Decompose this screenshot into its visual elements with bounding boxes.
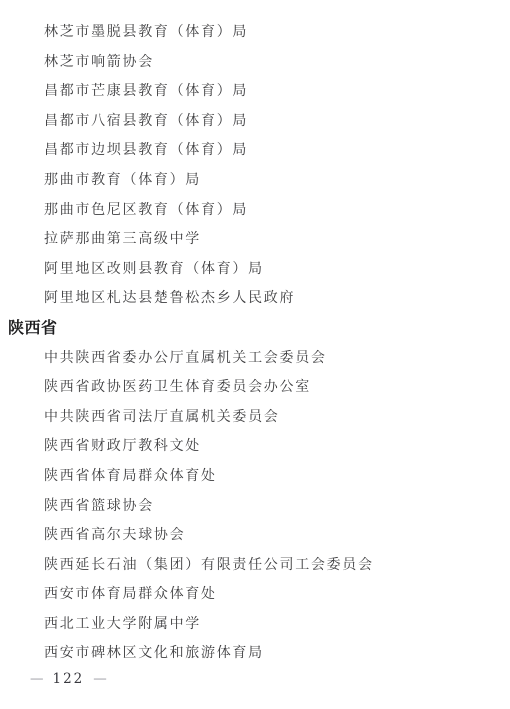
org-list-item: 阿里地区札达县楚鲁松杰乡人民政府 <box>0 284 510 314</box>
org-list-item: 阿里地区改则县教育（体育）局 <box>0 255 510 285</box>
org-list-item: 陕西省政协医药卫生体育委员会办公室 <box>0 373 510 403</box>
org-list-item: 那曲市教育（体育）局 <box>0 166 510 196</box>
org-list-shaanxi: 中共陕西省委办公厅直属机关工会委员会 陕西省政协医药卫生体育委员会办公室 中共陕… <box>0 344 510 670</box>
org-list-item: 昌都市边坝县教育（体育）局 <box>0 136 510 166</box>
org-list-item: 拉萨那曲第三高级中学 <box>0 225 510 255</box>
page-footer: — 122 — <box>30 671 107 687</box>
footer-dash-left: — <box>30 671 44 687</box>
org-list-item: 那曲市色尼区教育（体育）局 <box>0 196 510 226</box>
org-list-item: 昌都市八宿县教育（体育）局 <box>0 107 510 137</box>
org-list-item: 林芝市响箭协会 <box>0 48 510 78</box>
org-list-item: 西北工业大学附属中学 <box>0 610 510 640</box>
org-list-tibet: 林芝市墨脱县教育（体育）局 林芝市响箭协会 昌都市芒康县教育（体育）局 昌都市八… <box>0 18 510 314</box>
org-list-item: 林芝市墨脱县教育（体育）局 <box>0 18 510 48</box>
document-page: 林芝市墨脱县教育（体育）局 林芝市响箭协会 昌都市芒康县教育（体育）局 昌都市八… <box>0 0 510 709</box>
org-list-item: 西安市体育局群众体育处 <box>0 580 510 610</box>
org-list-item: 陕西省体育局群众体育处 <box>0 462 510 492</box>
award-org-list: 林芝市墨脱县教育（体育）局 林芝市响箭协会 昌都市芒康县教育（体育）局 昌都市八… <box>0 0 510 669</box>
org-list-item: 昌都市芒康县教育（体育）局 <box>0 77 510 107</box>
org-list-item: 中共陕西省司法厅直属机关委员会 <box>0 403 510 433</box>
province-heading-shaanxi: 陕西省 <box>0 314 510 344</box>
page-number: 122 <box>53 671 85 687</box>
org-list-item: 陕西省高尔夫球协会 <box>0 521 510 551</box>
org-list-item: 中共陕西省委办公厅直属机关工会委员会 <box>0 344 510 374</box>
org-list-item: 陕西省篮球协会 <box>0 492 510 522</box>
org-list-item: 陕西省财政厅教科文处 <box>0 432 510 462</box>
org-list-item: 陕西延长石油（集团）有限责任公司工会委员会 <box>0 551 510 581</box>
footer-dash-right: — <box>93 671 107 687</box>
org-list-item: 西安市碑林区文化和旅游体育局 <box>0 639 510 669</box>
